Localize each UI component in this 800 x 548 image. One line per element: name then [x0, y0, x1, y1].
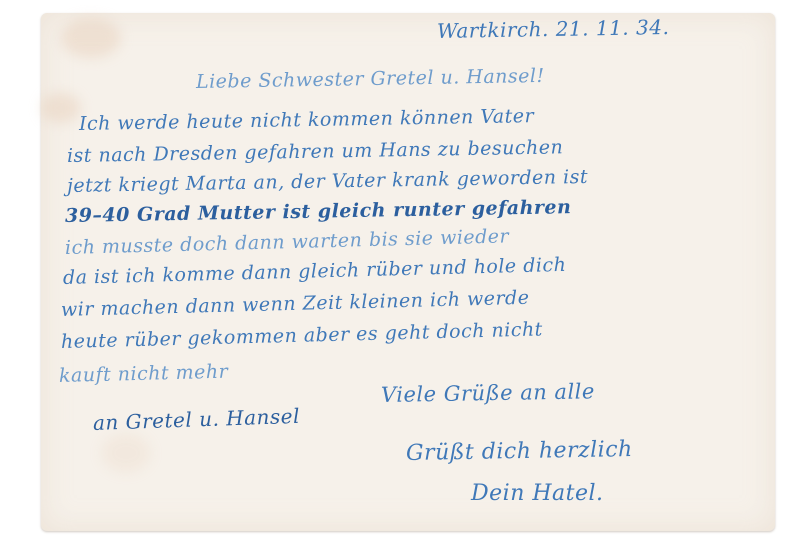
paper-stain — [41, 93, 81, 123]
body-line-6: da ist ich komme dann gleich rüber und h… — [63, 254, 567, 289]
body-line-9: kauft nicht mehr — [59, 361, 229, 387]
body-line-7: wir machen dann wenn Zeit kleinen ich we… — [61, 287, 530, 321]
body-line-5: ich musste doch dann warten bis sie wied… — [65, 225, 510, 259]
body-line-1: Ich werde heute nicht kommen können Vate… — [79, 105, 535, 135]
body-line-4: 39–40 Grad Mutter ist gleich runter gefa… — [65, 196, 572, 227]
body-line-3: jetzt kriegt Marta an, der Vater krank g… — [67, 166, 588, 197]
body-line-8: heute rüber gekommen aber es geht doch n… — [61, 318, 543, 353]
signature: Dein Hatel. — [471, 481, 604, 506]
greeting-right: Viele Grüße an alle — [381, 379, 595, 407]
body-line-2: ist nach Dresden gefahren um Hans zu bes… — [67, 136, 564, 167]
closing: Grüßt dich herzlich — [406, 437, 633, 466]
salutation: Liebe Schwester Gretel u. Hansel! — [196, 65, 545, 93]
paper-stain — [101, 433, 151, 473]
postcard: Wartkirch. 21. 11. 34. Liebe Schwester G… — [41, 13, 775, 531]
header-date: Wartkirch. 21. 11. 34. — [437, 15, 670, 43]
paper-stain — [61, 18, 121, 58]
greeting-left: an Gretel u. Hansel — [93, 404, 301, 435]
